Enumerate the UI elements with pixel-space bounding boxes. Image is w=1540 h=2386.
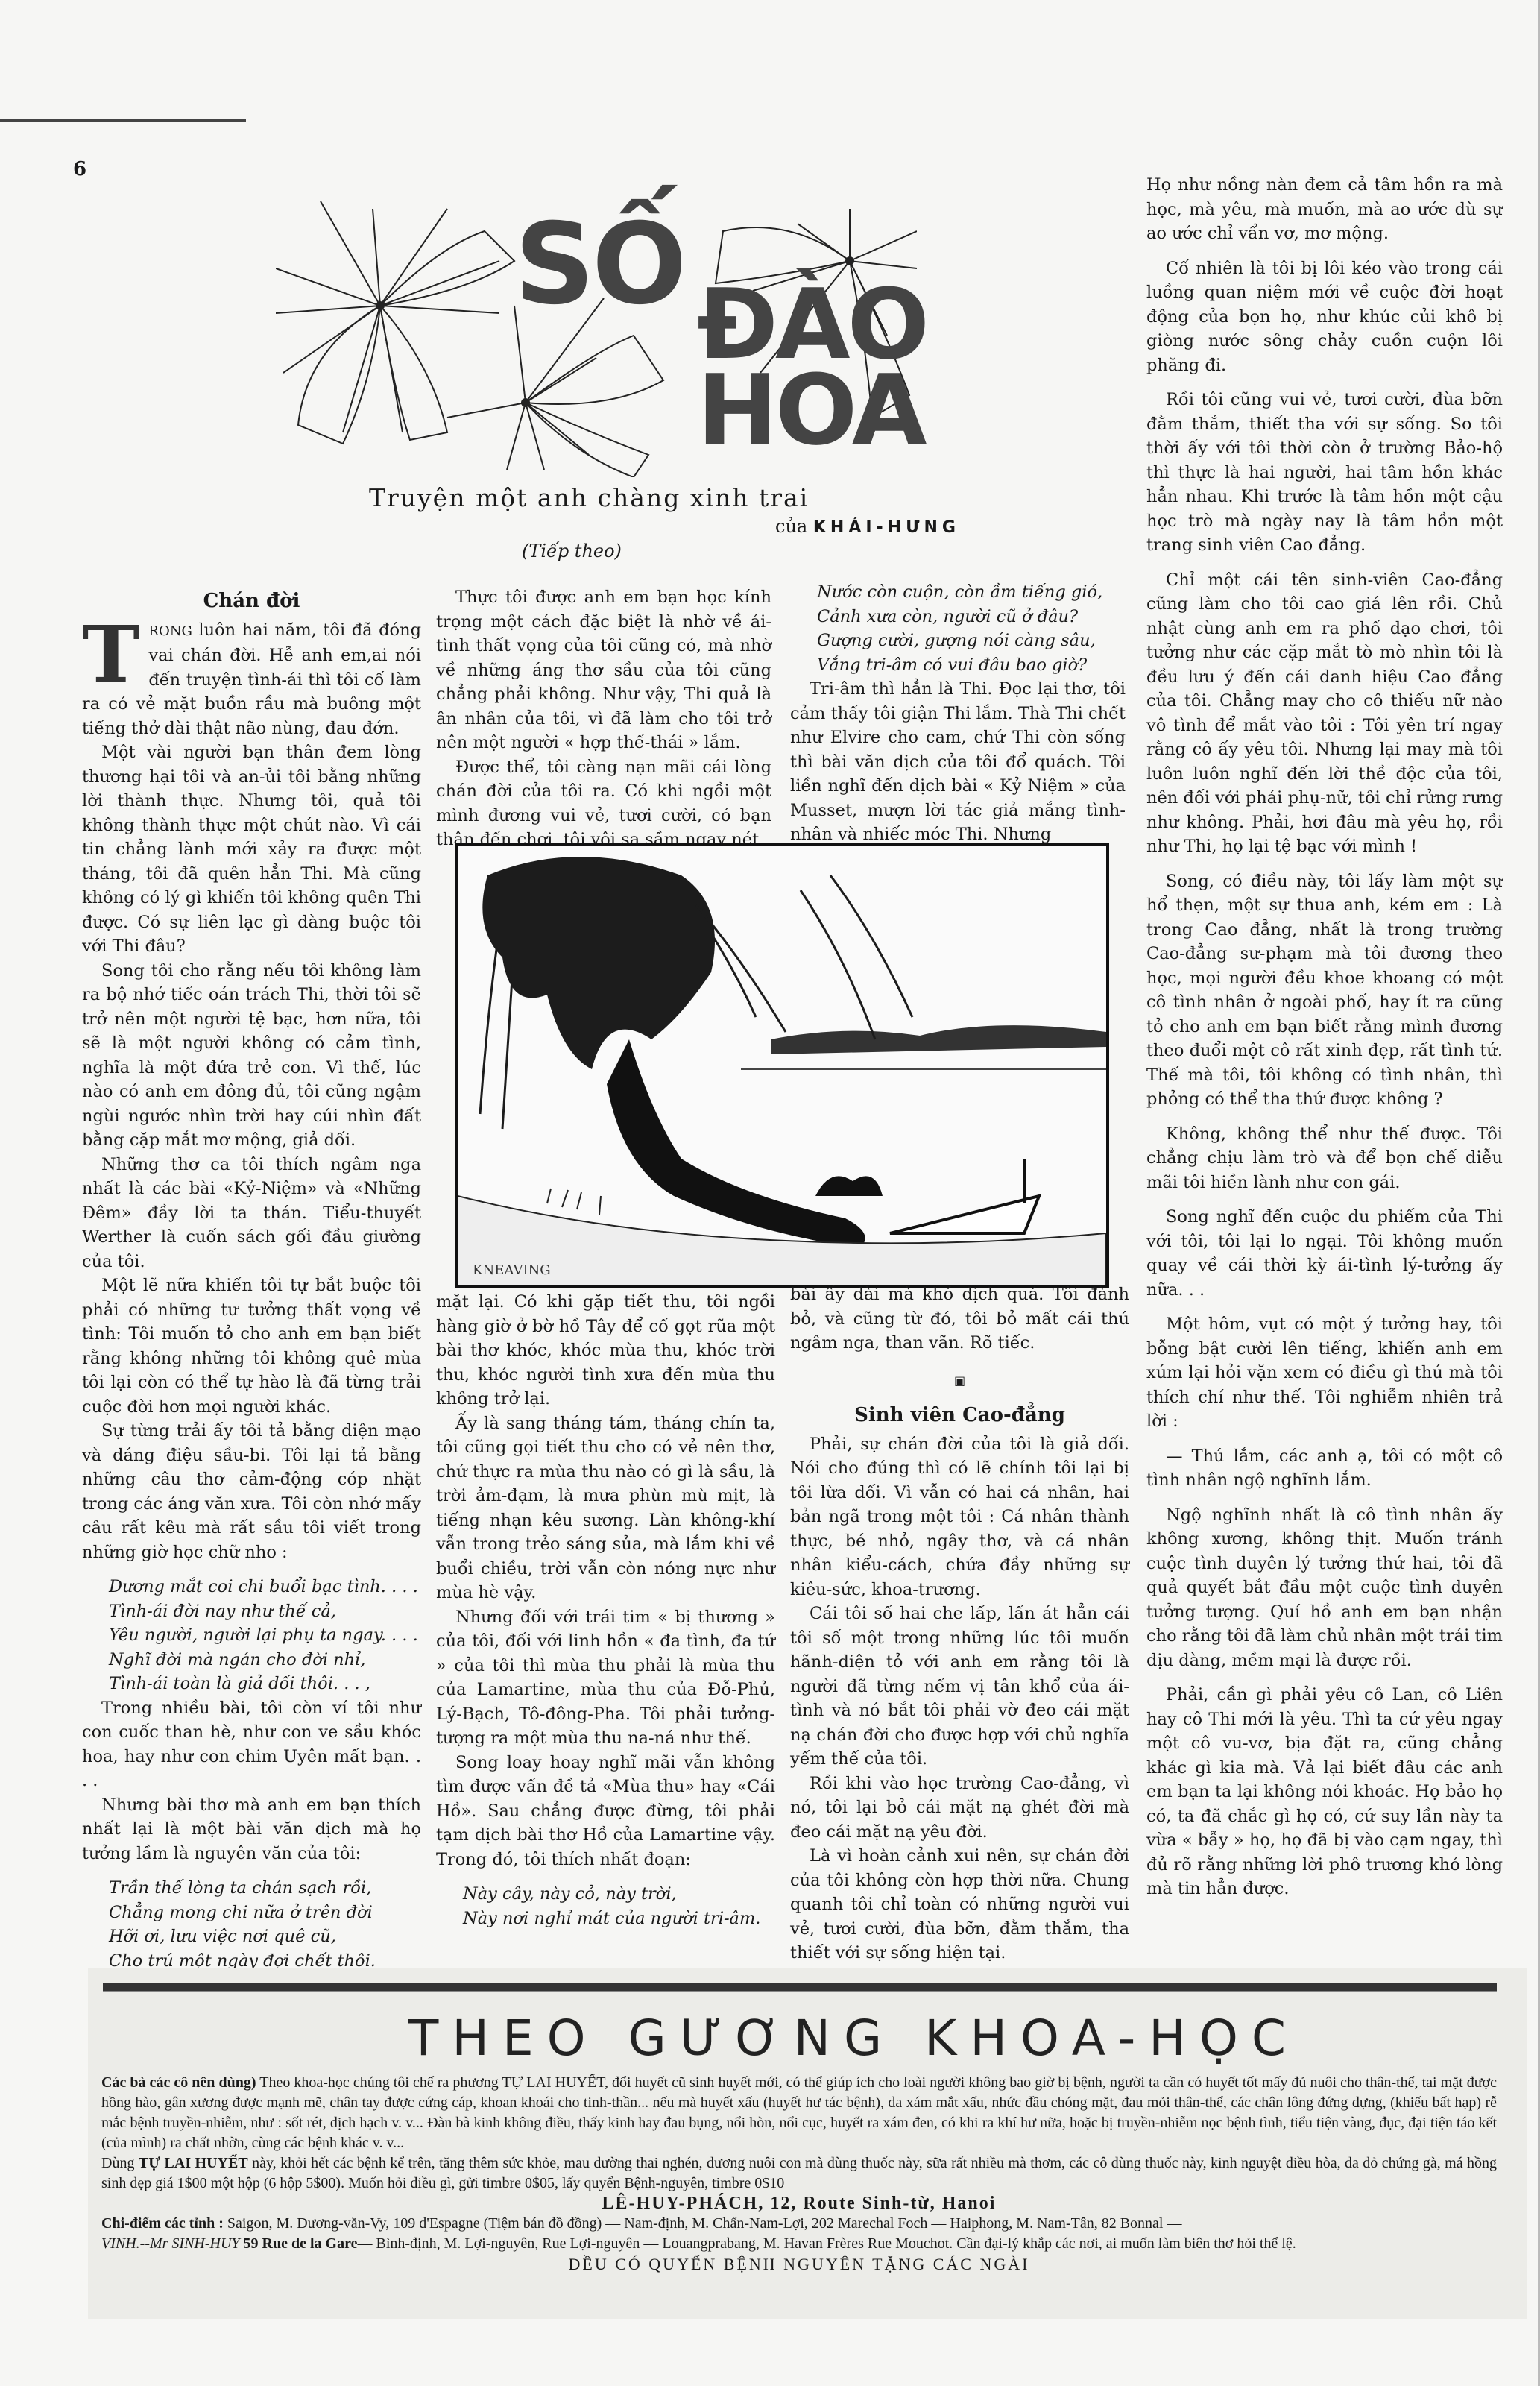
paragraph: Song loay hoay nghĩ mãi vẫn không tìm đư…: [436, 1751, 775, 1872]
column-3-top: Nước còn cuộn, còn ầm tiếng gió, Cảnh xư…: [790, 580, 1126, 847]
paragraph: Tri-âm thì hẳn là Thi. Đọc lại thơ, tôi …: [790, 677, 1126, 847]
story-subtitle: Truyện một anh chàng xinh trai: [369, 483, 809, 512]
byline: của KHÁI-HƯNG: [775, 516, 960, 537]
paragraph: Trong nhiều bài, tôi còn ví tôi như con …: [82, 1696, 421, 1793]
paragraph: Phải, cần gì phải yêu cô Lan, cô Liên ha…: [1146, 1683, 1503, 1901]
paragraph: Rồi khi vào học trường Cao-đẳng, vì nó, …: [790, 1772, 1129, 1845]
paragraph: Ngộ nghĩnh nhất là cô tình nhân ấy không…: [1146, 1503, 1503, 1673]
paragraph: Song nghĩ đến cuộc du phiếm của Thi với …: [1146, 1205, 1503, 1302]
column-3-bottom: bài ấy dài mà khó dịch quá. Tôi đành bỏ,…: [790, 1282, 1129, 1965]
verse-line: Yêu người, người lại phụ ta ngay. . . .: [82, 1623, 421, 1648]
byline-prefix: của: [775, 516, 807, 537]
ad-top-rule: [103, 1983, 1497, 1992]
verse-line: Này nơi nghỉ mát của người tri-âm.: [436, 1907, 775, 1931]
paragraph: Song, có điều này, tôi lấy làm một sự hổ…: [1146, 869, 1503, 1112]
paragraph: bài ấy dài mà khó dịch quá. Tôi đành bỏ,…: [790, 1282, 1129, 1356]
paragraph: Là vì hoàn cảnh xui nên, sự chán đời của…: [790, 1844, 1129, 1965]
author-name: KHÁI-HƯNG: [813, 518, 960, 537]
verse-line: Hỡi ơi, lưu việc nơi quê cũ,: [82, 1924, 421, 1949]
title-word-3: HOA: [697, 362, 924, 459]
ad-branches-2: VINH.--Mr SINH-HUY 59 Rue de la Gare— Bì…: [101, 2234, 1497, 2254]
ad-paragraph: Dùng TỰ LAI HUYẾT này, khỏi hết các bệnh…: [101, 2153, 1497, 2194]
paragraph: Một vài người bạn thân đem lòng thương h…: [82, 740, 421, 959]
masthead: SỐ ĐÀO HOA: [276, 186, 917, 477]
woodcut-illustration: KNEAVING: [455, 843, 1109, 1288]
paragraph: Chỉ một cái tên sinh-viên Cao-đẳng cũng …: [1146, 568, 1503, 859]
ad-title: THEO GƯƠNG KHOA-HỌC: [408, 2009, 1299, 2067]
top-rule: [0, 119, 246, 122]
ad-address: LÊ-HUY-PHÁCH, 12, Route Sinh-từ, Hanoi: [101, 2194, 1497, 2214]
svg-text:KNEAVING: KNEAVING: [473, 1262, 551, 1278]
continued-label: (Tiếp theo): [522, 541, 622, 561]
advertisement: THEO GƯƠNG KHOA-HỌC Các bà các cô nên dù…: [88, 1968, 1527, 2319]
verse-line: Trần thế lòng ta chán sạch rồi,: [82, 1876, 421, 1901]
page-number: 6: [73, 158, 86, 180]
paragraph: Họ như nồng nàn đem cả tâm hồn ra mà học…: [1146, 173, 1503, 246]
section-separator-icon: ▣: [790, 1369, 1129, 1394]
paragraph: Rồi tôi cũng vui vẻ, tươi cười, đùa bỡn …: [1146, 388, 1503, 558]
paragraph: Một lẽ nữa khiến tôi tự bắt buộc tôi phả…: [82, 1274, 421, 1419]
verse-line: Cảnh xưa còn, người cũ ở đâu?: [790, 605, 1126, 629]
paragraph: Những thơ ca tôi thích ngâm nga nhất là …: [82, 1153, 421, 1274]
column-2-bottom: mặt lại. Có khi gặp tiết thu, tôi ngồi h…: [436, 1290, 775, 1930]
paragraph: Song tôi cho rằng nếu tôi không làm ra b…: [82, 959, 421, 1153]
paragraph: Nhưng đối với trái tim « bị thương » của…: [436, 1605, 775, 1751]
paragraph: Sự từng trải ấy tôi tả bằng diện mạo và …: [82, 1419, 421, 1564]
paragraph: Ấy là sang tháng tám, tháng chín ta, tôi…: [436, 1411, 775, 1605]
column-4: Họ như nồng nàn đem cả tâm hồn ra mà học…: [1146, 173, 1503, 1901]
column-1: Chán đời TRONG luôn hai năm, tôi đã đóng…: [82, 589, 421, 1973]
paragraph: Cái tôi số hai che lấp, lấn át hẳn cái t…: [790, 1602, 1129, 1772]
verse-line: Vắng tri-âm có vui đâu bao giờ?: [790, 653, 1126, 678]
paragraph: Nhưng bài thơ mà anh em bạn thích nhất l…: [82, 1793, 421, 1866]
paragraph: — Thú lắm, các anh ạ, tôi có một cô tình…: [1146, 1444, 1503, 1493]
paragraph: mặt lại. Có khi gặp tiết thu, tôi ngồi h…: [436, 1290, 775, 1411]
ad-footer: ĐỀU CÓ QUYỂN BỆNH NGUYÊN TẶNG CÁC NGÀI: [101, 2254, 1497, 2274]
paragraph: Được thể, tôi càng nạn mãi cái lòng chán…: [436, 755, 771, 852]
ad-paragraph: Các bà các cô nên dùng) Theo khoa-học ch…: [101, 2073, 1497, 2153]
ad-branches: Chi-điếm các tỉnh : Saigon, M. Dương-văn…: [101, 2214, 1497, 2234]
dropcap: T: [82, 623, 139, 687]
paragraph: Một hôm, vụt có một ý tưởng hay, tôi bỗn…: [1146, 1312, 1503, 1434]
verse-line: Nghĩ đời mà ngán cho đời nhỉ,: [82, 1648, 421, 1672]
product-name: TỰ LAI HUYẾT: [139, 2155, 248, 2171]
column-2-top: Thực tôi được anh em bạn học kính trọng …: [436, 585, 771, 852]
paragraph: Thực tôi được anh em bạn học kính trọng …: [436, 585, 771, 755]
verse-line: Dương mắt coi chi buổi bạc tình. . . .: [82, 1575, 421, 1599]
ad-body: Các bà các cô nên dùng) Theo khoa-học ch…: [101, 2073, 1497, 2274]
section-heading-sinh-vien: Sinh viên Cao-đẳng: [790, 1403, 1129, 1428]
paragraph: Phải, sự chán đời của tôi là giả dối. Nó…: [790, 1432, 1129, 1602]
verse-line: Tình-ái toàn là giả dối thôi. . . ,: [82, 1672, 421, 1696]
paragraph: TRONG luôn hai năm, tôi đã đóng vai chán…: [82, 618, 421, 741]
tree-by-lake-icon: KNEAVING: [458, 846, 1106, 1285]
verse-line: Nước còn cuộn, còn ầm tiếng gió,: [790, 580, 1126, 605]
paragraph: Không, không thể như thế được. Tôi chẳng…: [1146, 1122, 1503, 1195]
verse-line: Tình-ái đời nay như thế cả,: [82, 1599, 421, 1624]
verse-line: Chẳng mong chi nữa ở trên đời: [82, 1901, 421, 1925]
paragraph: Cố nhiên là tôi bị lôi kéo vào trong cái…: [1146, 256, 1503, 378]
verse-line: Này cây, này cỏ, này trời,: [436, 1882, 775, 1907]
verse-line: Gượng cười, gượng nói càng sâu,: [790, 629, 1126, 653]
title-word-1: SỐ: [514, 209, 684, 321]
